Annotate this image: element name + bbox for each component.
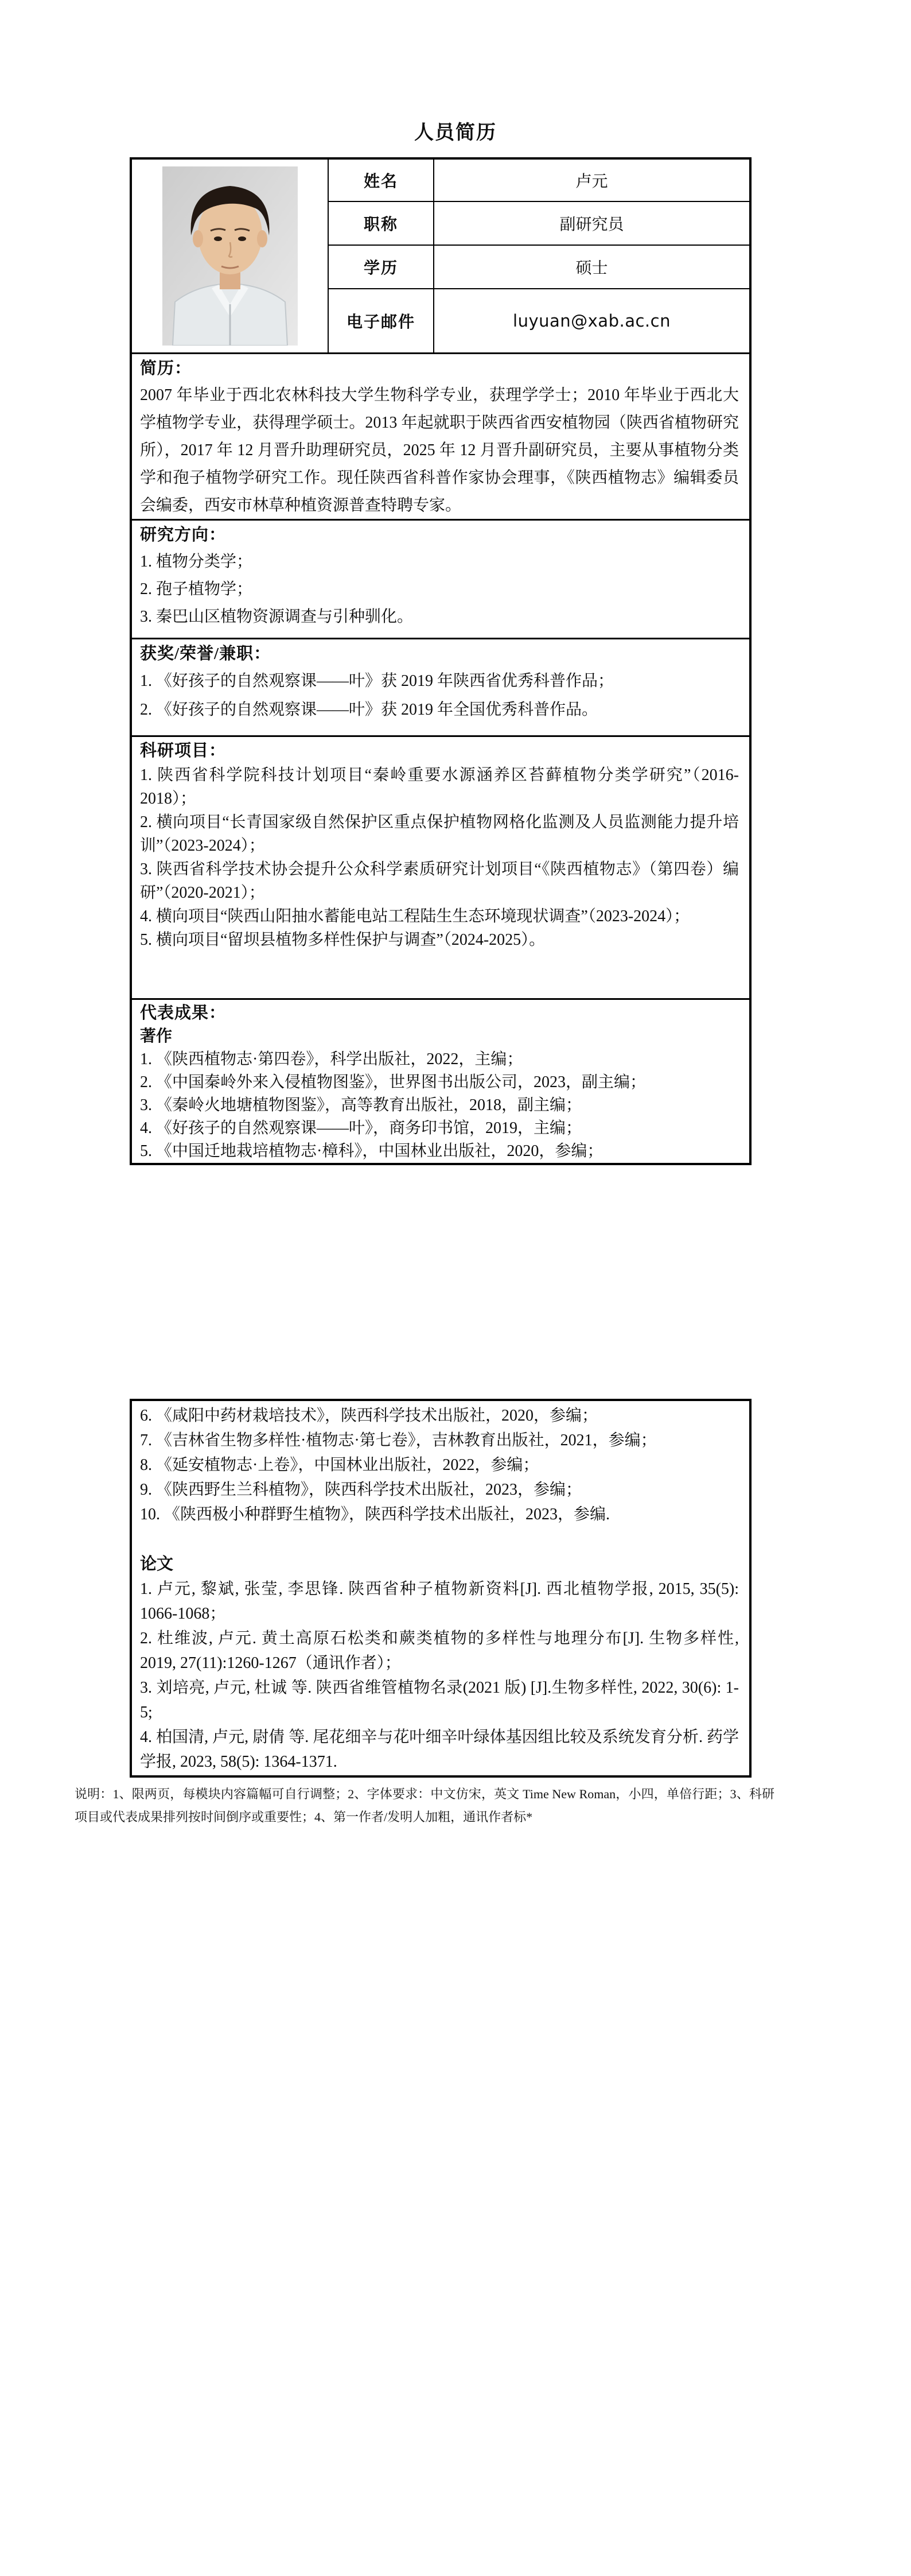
portrait-photo <box>162 166 298 346</box>
section-awards-title: 获奖/荣誉/兼职： <box>140 641 739 667</box>
book-item: 8. 《延安植物志·上卷》，中国林业出版社，2022，参编； <box>140 1453 739 1477</box>
field-value-title: 副研究员 <box>433 201 749 245</box>
paper-item: 3. 刘培亮, 卢元, 杜诚 等. 陕西省维管植物名录(2021 版) [J].… <box>140 1675 739 1725</box>
section-achievements: 代表成果： 著作 1. 《陕西植物志·第四卷》，科学出版社，2022，主编； 2… <box>132 998 749 1163</box>
book-item: 7. 《吉林省生物多样性·植物志·第七卷》，吉林教育出版社，2021，参编； <box>140 1428 739 1453</box>
field-value-email: luyuan@xab.ac.cn <box>433 288 749 352</box>
book-item: 6. 《咸阳中药材栽培技术》，陕西科学技术出版社，2020，参编； <box>140 1403 739 1428</box>
books-subtitle: 著作 <box>140 1025 739 1048</box>
field-label-name: 姓名 <box>328 160 433 201</box>
section-projects-title: 科研项目： <box>140 738 739 763</box>
research-item: 1. 植物分类学； <box>140 548 739 576</box>
book-item: 1. 《陕西植物志·第四卷》，科学出版社，2022，主编； <box>140 1048 739 1071</box>
project-item: 2. 横向项目“长青国家级自然保护区重点保护植物网格化监测及人员监测能力提升培训… <box>140 810 739 858</box>
resume-table-page1: 姓名 卢元 职称 副研究员 学历 硕士 电子邮件 luyuan@xab.ac.c… <box>130 157 752 1165</box>
section-bio: 简历： 2007 年毕业于西北农林科技大学生物科学专业，获理学学士；2010 年… <box>132 352 749 519</box>
resume-page: 人员简历 <box>0 0 911 2576</box>
paper-item: 2. 杜维波, 卢元. 黄土高原石松类和蕨类植物的多样性与地理分布[J]. 生物… <box>140 1626 739 1675</box>
paper-item: 1. 卢元, 黎斌, 张莹, 李思锋. 陕西省种子植物新资料[J]. 西北植物学… <box>140 1577 739 1626</box>
blank-line <box>140 1527 739 1551</box>
book-item: 5. 《中国迁地栽培植物志·樟科》，中国林业出版社，2020，参编； <box>140 1140 739 1163</box>
profile-header: 姓名 卢元 职称 副研究员 学历 硕士 电子邮件 luyuan@xab.ac.c… <box>132 160 749 352</box>
field-label-email: 电子邮件 <box>328 288 433 352</box>
book-item: 4. 《好孩子的自然观察课——叶》，商务印书馆，2019，主编； <box>140 1117 739 1140</box>
paper-item: 4. 柏国清, 卢元, 尉倩 等. 尾花细辛与花叶细辛叶绿体基因组比较及系统发育… <box>140 1725 739 1774</box>
book-item: 3. 《秦岭火地塘植物图鉴》，高等教育出版社，2018，副主编； <box>140 1094 739 1117</box>
section-awards: 获奖/荣誉/兼职： 1. 《好孩子的自然观察课——叶》获 2019 年陕西省优秀… <box>132 638 749 735</box>
project-item: 5. 横向项目“留坝县植物多样性保护与调查”（2024-2025）。 <box>140 928 739 952</box>
award-item: 1. 《好孩子的自然观察课——叶》获 2019 年陕西省优秀科普作品； <box>140 667 739 696</box>
bio-text: 2007 年毕业于西北农林科技大学生物科学专业，获理学学士；2010 年毕业于西… <box>140 382 739 519</box>
section-research: 研究方向： 1. 植物分类学； 2. 孢子植物学； 3. 秦巴山区植物资源调查与… <box>132 519 749 638</box>
project-item: 1. 陕西省科学院科技计划项目“秦岭重要水源涵养区苔藓植物分类学研究”（2016… <box>140 763 739 810</box>
photo-cell <box>132 160 328 352</box>
section-bio-title: 简历： <box>140 355 739 382</box>
book-item: 9. 《陕西野生兰科植物》，陕西科学技术出版社，2023，参编； <box>140 1477 739 1502</box>
section-projects: 科研项目： 1. 陕西省科学院科技计划项目“秦岭重要水源涵养区苔藓植物分类学研究… <box>132 735 749 998</box>
research-item: 3. 秦巴山区植物资源调查与引种驯化。 <box>140 603 739 631</box>
footnote: 说明：1、限两页，每模块内容篇幅可自行调整；2、字体要求：中文仿宋，英文 Tim… <box>75 1783 774 1829</box>
field-value-degree: 硕士 <box>433 245 749 288</box>
research-item: 2. 孢子植物学； <box>140 576 739 603</box>
project-item: 4. 横向项目“陕西山阳抽水蓄能电站工程陆生生态环境现状调查”（2023-202… <box>140 905 739 928</box>
section-achievements-title: 代表成果： <box>140 1001 739 1025</box>
section-research-title: 研究方向： <box>140 522 739 548</box>
papers-subtitle: 论文 <box>140 1551 739 1577</box>
field-value-name: 卢元 <box>433 160 749 201</box>
project-item: 3. 陕西省科学技术协会提升公众科学素质研究计划项目“《陕西植物志》（第四卷）编… <box>140 858 739 905</box>
page-title: 人员简历 <box>0 117 911 145</box>
award-item: 2. 《好孩子的自然观察课——叶》获 2019 年全国优秀科普作品。 <box>140 696 739 724</box>
book-item: 10. 《陕西极小种群野生植物》，陕西科学技术出版社，2023，参编. <box>140 1502 739 1527</box>
resume-table-page2: 6. 《咸阳中药材栽培技术》，陕西科学技术出版社，2020，参编； 7. 《吉林… <box>130 1399 752 1778</box>
field-label-degree: 学历 <box>328 245 433 288</box>
field-label-title: 职称 <box>328 201 433 245</box>
book-item: 2. 《中国秦岭外来入侵植物图鉴》，世界图书出版公司，2023，副主编； <box>140 1071 739 1094</box>
